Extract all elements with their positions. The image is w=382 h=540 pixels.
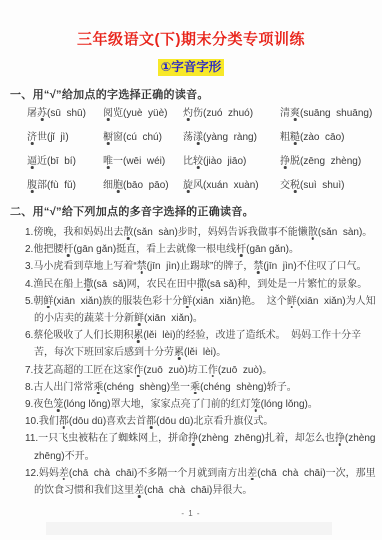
section-badge: ①字音字形 <box>158 59 225 76</box>
list-item: 6.蔡伦吸收了人们长期积累(lěi lèi)的经验，改进了造纸术。 妈妈工作十分… <box>25 327 376 361</box>
word-item: 橱窗(cú chú) <box>103 131 183 145</box>
list-item: 1.傍晚，我和妈妈出去散(sǎn sàn)步时，妈妈告诉我做事不能懒散(sǎn … <box>25 224 376 241</box>
list-item: 7.技艺高超的工匠在这家作(zuō zuò)坊工作(zuō zuò)。 <box>25 362 376 379</box>
list-item: 4.渔民在船上撒(sā sǎ)网，农民在田中撒(sā sǎ)种，到处是一片繁忙的… <box>25 276 376 293</box>
page-title: 三年级语文(下)期末分类专项训练 <box>0 28 382 49</box>
items-list: 1.傍晚，我和妈妈出去散(sǎn sàn)步时，妈妈告诉我做事不能懒散(sǎn … <box>25 224 376 499</box>
section1-heading: 一、用“√”给加点的字选择正确的读音。 <box>10 86 374 102</box>
list-item: 9.夜色笼(lóng lǒng)罩大地，家家点亮了门前的红灯笼(lóng lǒn… <box>25 396 376 413</box>
page-number: - 1 - <box>0 509 382 518</box>
word-item: 清爽(suāng shuāng) <box>280 107 376 121</box>
word-item: 屠苏(sū shū) <box>27 107 103 121</box>
list-item: 11.一只飞虫被粘在了蜘蛛网上，拼命挣(zhèng zhēng)扎着，却怎么也挣… <box>25 430 376 464</box>
worksheet-page: 三年级语文(下)期末分类专项训练 ①字音字形 一、用“√”给加点的字选择正确的读… <box>0 0 382 540</box>
word-item: 旋风(xuán xuàn) <box>183 179 280 193</box>
list-item: 5.朝鲜(xiān xiǎn)族的服装色彩十分鲜(xiān xiǎn)艳。 这个… <box>25 293 376 327</box>
section2-heading: 二、用“√”给下列加点的多音字选择的正确读音。 <box>10 203 374 219</box>
badge-row: ①字音字形 <box>0 58 382 76</box>
word-item: 交税(suì shuì) <box>280 179 376 193</box>
word-item: 阅览(yuè yüè) <box>103 107 183 121</box>
word-item: 细胞(bāo pāo) <box>103 179 183 193</box>
word-item: 逼近(bī bí) <box>27 155 103 169</box>
word-item: 灼伤(zuó zhuó) <box>183 107 280 121</box>
list-item: 10.我们都(dōu dū)喜欢去首都(dōu dū)北京看升旗仪式。 <box>25 413 376 430</box>
list-item: 2.他把腰杆(gān gǎn)挺直，看上去就像一根电线杆(gān gǎn)。 <box>25 241 376 258</box>
list-item: 3.马小虎看到草地上写着“禁(jīn jìn)止踢球”的牌子，禁(jīn jìn… <box>25 258 376 275</box>
word-item: 挣脱(zēng zhèng) <box>280 155 376 169</box>
word-item: 济世(jǐ jì) <box>27 131 103 145</box>
word-item: 腹部(fù fǔ) <box>27 179 103 193</box>
word-item: 粗糙(zào cāo) <box>280 131 376 145</box>
list-item: 12.妈妈差(chā chà chāi)不多隔一个月就到南方出差(chā chà… <box>25 465 376 499</box>
word-item: 唯一(wēi wéi) <box>103 155 183 169</box>
scan-artifact-bar <box>46 522 332 535</box>
word-grid: 屠苏(sū shū) 阅览(yuè yüè) 灼伤(zuó zhuó) 清爽(s… <box>27 107 376 193</box>
list-item: 8.古人出门常常乘(chéng shèng)坐一乘(chéng shèng)轿子… <box>25 379 376 396</box>
word-item: 比较(jiào jiāo) <box>183 155 280 169</box>
word-item: 荡漾(yàng ràng) <box>183 131 280 145</box>
